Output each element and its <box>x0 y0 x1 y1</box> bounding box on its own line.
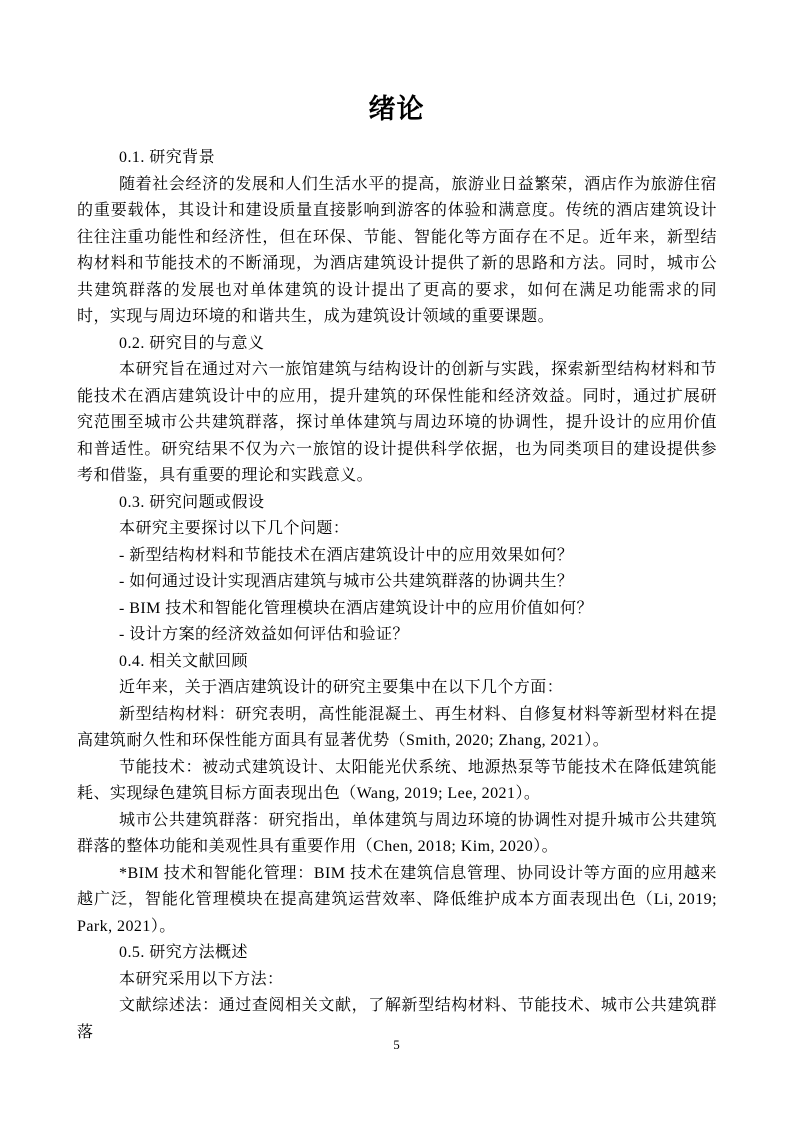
section-heading: 0.2. 研究目的与意义 <box>77 331 717 358</box>
document-title: 绪论 <box>0 92 793 126</box>
paragraph: 本研究旨在通过对六一旅馆建筑与结构设计的创新与实践，探索新型结构材料和节能技术在… <box>77 357 717 490</box>
list-item: - 新型结构材料和节能技术在酒店建筑设计中的应用效果如何？ <box>77 543 717 570</box>
paragraph: 本研究主要探讨以下几个问题： <box>77 516 717 543</box>
list-item: - 设计方案的经济效益如何评估和验证？ <box>77 622 717 649</box>
section-research-background: 0.1. 研究背景 随着社会经济的发展和人们生活水平的提高，旅游业日益繁荣，酒店… <box>77 145 717 331</box>
paragraph: 新型结构材料：研究表明，高性能混凝土、再生材料、自修复材料等新型材料在提高建筑耐… <box>77 702 717 755</box>
section-research-questions: 0.3. 研究问题或假设 本研究主要探讨以下几个问题： - 新型结构材料和节能技… <box>77 490 717 649</box>
section-heading: 0.3. 研究问题或假设 <box>77 490 717 517</box>
section-literature-review: 0.4. 相关文献回顾 近年来，关于酒店建筑设计的研究主要集中在以下几个方面： … <box>77 649 717 941</box>
document-body: 0.1. 研究背景 随着社会经济的发展和人们生活水平的提高，旅游业日益繁荣，酒店… <box>77 145 717 1046</box>
paragraph: 本研究采用以下方法： <box>77 967 717 994</box>
section-methodology-overview: 0.5. 研究方法概述 本研究采用以下方法： 文献综述法：通过查阅相关文献，了解… <box>77 940 717 1046</box>
paragraph: 节能技术：被动式建筑设计、太阳能光伏系统、地源热泵等节能技术在降低建筑能耗、实现… <box>77 755 717 808</box>
paragraph: 随着社会经济的发展和人们生活水平的提高，旅游业日益繁荣，酒店作为旅游住宿的重要载… <box>77 172 717 331</box>
page-number: 5 <box>0 1037 793 1053</box>
document-page: 绪论 0.1. 研究背景 随着社会经济的发展和人们生活水平的提高，旅游业日益繁荣… <box>0 0 793 1122</box>
list-item: - 如何通过设计实现酒店建筑与城市公共建筑群落的协调共生？ <box>77 569 717 596</box>
section-heading: 0.4. 相关文献回顾 <box>77 649 717 676</box>
section-heading: 0.5. 研究方法概述 <box>77 940 717 967</box>
section-research-purpose: 0.2. 研究目的与意义 本研究旨在通过对六一旅馆建筑与结构设计的创新与实践，探… <box>77 331 717 490</box>
paragraph: 城市公共建筑群落：研究指出，单体建筑与周边环境的协调性对提升城市公共建筑群落的整… <box>77 808 717 861</box>
paragraph: 近年来，关于酒店建筑设计的研究主要集中在以下几个方面： <box>77 675 717 702</box>
paragraph: *BIM 技术和智能化管理：BIM 技术在建筑信息管理、协同设计等方面的应用越来… <box>77 861 717 941</box>
list-item: - BIM 技术和智能化管理模块在酒店建筑设计中的应用价值如何？ <box>77 596 717 623</box>
section-heading: 0.1. 研究背景 <box>77 145 717 172</box>
